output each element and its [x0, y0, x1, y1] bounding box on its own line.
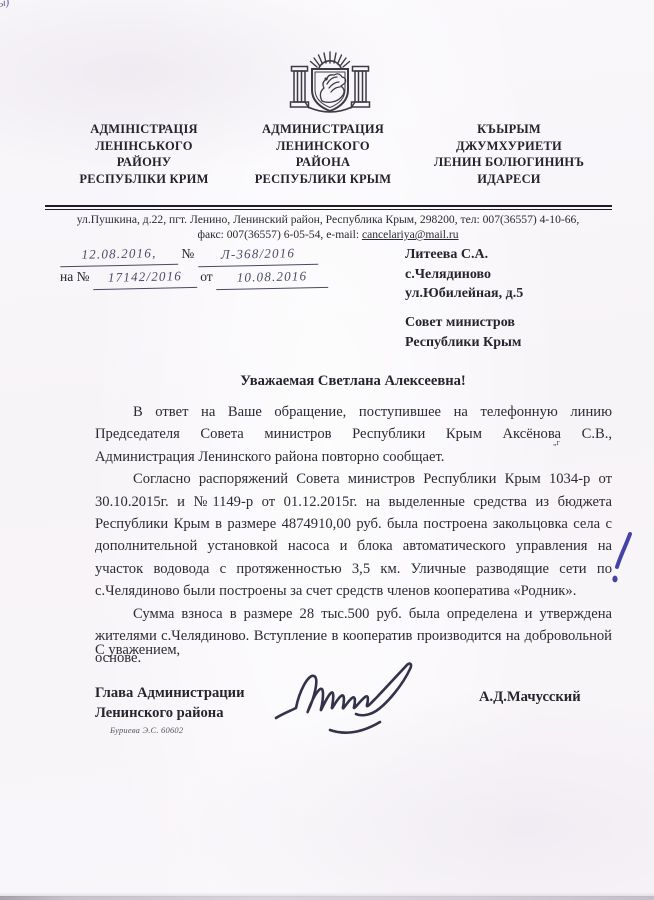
- incoming-number-handwritten: 17142/2016: [93, 265, 197, 290]
- corner-pen-mark: ы): [0, 0, 10, 10]
- recipient-street: ул.Юбилейная, д.5: [405, 284, 523, 304]
- executor-note: Буриева Э.С. 60602: [110, 725, 183, 735]
- reply-date-label: от: [200, 269, 212, 284]
- closing-phrase: С уважением,: [95, 642, 180, 659]
- cc-line1: Совет министров: [405, 313, 521, 333]
- letterhead-divider: [45, 205, 612, 210]
- paragraph-2: Согласно распоряжений Совета министров Р…: [95, 468, 612, 602]
- org-line: ДЖУМХУРИЕТИ: [416, 138, 602, 155]
- org-line: РЕСПУБЛІКИ КРИМ: [58, 171, 230, 188]
- org-line: АДМИНИСТРАЦИЯ: [242, 121, 404, 138]
- cc-line2: Республики Крым: [405, 333, 521, 353]
- outgoing-reference-line: 12.08.2016, № Л-368/2016: [60, 243, 328, 266]
- org-line: ЛЕНИНСКОГО: [242, 138, 404, 155]
- org-line: ЛЕНІНСЬКОГО: [58, 138, 230, 155]
- org-name-ukrainian: АДМІНІСТРАЦІЯ ЛЕНІНСЬКОГО РАЙОНУ РЕСПУБЛ…: [58, 121, 230, 187]
- cc-block: Совет министров Республики Крым: [405, 313, 521, 352]
- reference-block: 12.08.2016, № Л-368/2016 на № 17142/2016…: [60, 243, 328, 289]
- contact-line2: факс: 007(36557) 6-05-54, e-mail:: [197, 228, 362, 241]
- signer-title: Глава Администрации Ленинского района: [95, 683, 245, 723]
- small-scan-mark: „г: [553, 438, 560, 447]
- email-address: cancelariya@mail.ru: [362, 228, 459, 241]
- recipient-name: Литеева С.А.: [405, 245, 523, 265]
- paragraph-1: В ответ на Ваше обращение, поступившее н…: [95, 401, 612, 468]
- outgoing-number-handwritten: Л-368/2016: [197, 242, 317, 268]
- number-sign-label: №: [181, 246, 194, 261]
- org-name-crimean-tatar: КЪЫРЫМ ДЖУМХУРИЕТИ ЛЕНИН БОЛЮГИНИНЪ ИДАР…: [416, 121, 602, 187]
- org-line: РЕСПУБЛИКИ КРЫМ: [242, 171, 404, 188]
- org-line: ИДАРЕСИ: [416, 171, 602, 188]
- org-line: ЛЕНИН БОЛЮГИНИНЪ: [416, 154, 602, 171]
- crimea-coat-of-arms-icon: [283, 50, 377, 118]
- salutation: Уважаемая Светлана Алексеевна!: [95, 373, 611, 390]
- org-line: АДМІНІСТРАЦІЯ: [58, 121, 230, 138]
- org-line: РАЙОНУ: [58, 154, 230, 171]
- margin-exclamation-pen-mark: [610, 531, 636, 587]
- letterhead-contact: ул.Пушкина, д.22, пгт. Ленино, Ленинский…: [38, 212, 618, 242]
- signer-title-line2: Ленинского района: [95, 703, 245, 723]
- reply-prefix-label: на №: [60, 269, 89, 284]
- org-name-russian: АДМИНИСТРАЦИЯ ЛЕНИНСКОГО РАЙОНА РЕСПУБЛИ…: [242, 121, 404, 187]
- signer-title-line1: Глава Администрации: [95, 683, 245, 703]
- recipient-village: с.Челядиново: [405, 265, 523, 285]
- org-line: КЪЫРЫМ: [416, 121, 602, 138]
- letter-body: В ответ на Ваше обращение, поступившее н…: [95, 401, 612, 670]
- incoming-reference-line: на № 17142/2016 от 10.08.2016: [60, 266, 328, 289]
- letterhead-org-names: АДМІНІСТРАЦІЯ ЛЕНІНСЬКОГО РАЙОНУ РЕСПУБЛ…: [58, 121, 602, 187]
- signer-name: А.Д.Мачусский: [479, 689, 581, 706]
- org-line: РАЙОНА: [242, 154, 404, 171]
- recipient-block: Литеева С.А. с.Челядиново ул.Юбилейная, …: [405, 245, 523, 304]
- scan-bottom-edge: [0, 896, 654, 900]
- outgoing-date-handwritten: 12.08.2016,: [60, 242, 178, 267]
- handwritten-signature: [268, 656, 464, 742]
- scanned-letter-page: АДМІНІСТРАЦІЯ ЛЕНІНСЬКОГО РАЙОНУ РЕСПУБЛ…: [0, 0, 654, 900]
- contact-line1: ул.Пушкина, д.22, пгт. Ленино, Ленинский…: [77, 213, 579, 226]
- incoming-date-handwritten: 10.08.2016: [216, 265, 328, 290]
